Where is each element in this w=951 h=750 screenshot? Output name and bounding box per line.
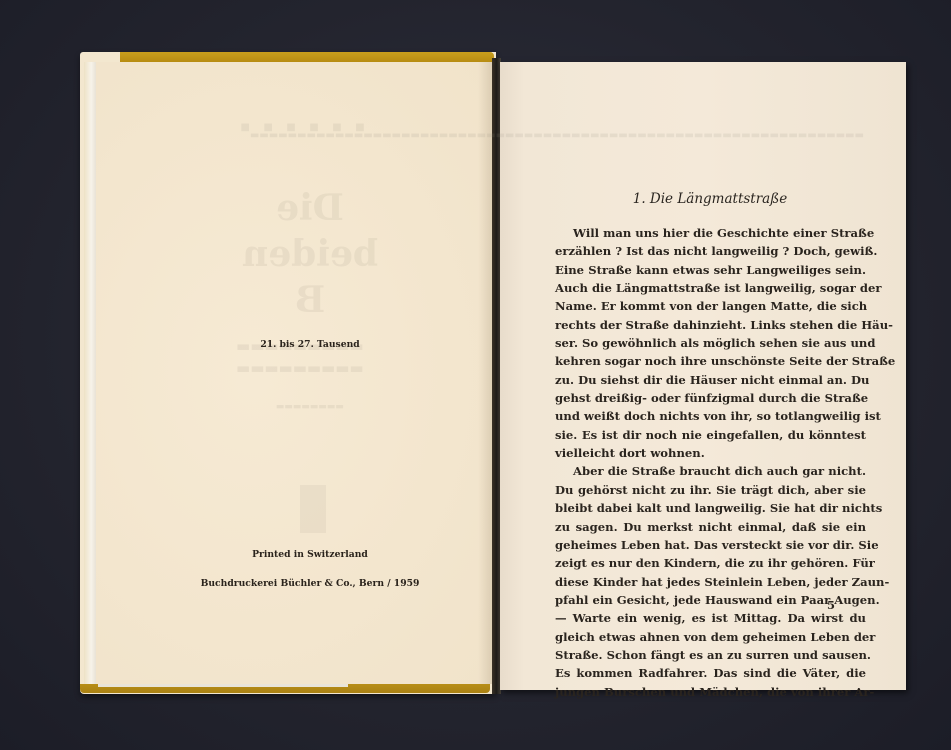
page-number: 5 xyxy=(815,598,835,612)
binding-edge-top xyxy=(120,52,494,62)
text-line: gehst dreißig- oder fünfzigmal durch die… xyxy=(555,389,866,407)
gutter-shadow xyxy=(478,62,492,684)
text-line: ser. So gewöhnlich als möglich sehen sie… xyxy=(555,334,866,352)
text-line: vielleicht dort wohnen. xyxy=(555,444,866,462)
text-line: sie. Es ist dir noch nie eingefallen, du… xyxy=(555,426,866,444)
printer-imprint: Buchdruckerei Büchler & Co., Bern / 1959 xyxy=(190,578,430,589)
text-line: erzählen ? Ist das nicht langweilig ? Do… xyxy=(555,242,866,260)
text-line: Aber die Straße braucht dich auch gar ni… xyxy=(555,462,866,480)
printed-in-note: Printed in Switzerland xyxy=(230,549,390,560)
text-line: Es kommen Radfahrer. Das sind die Väter,… xyxy=(555,664,866,682)
text-line: Straße. Schon fängt es an zu surren und … xyxy=(555,646,866,664)
text-line: Eine Straße kann etwas sehr Langweiliges… xyxy=(555,261,866,279)
text-line: Will man uns hier die Geschichte einer S… xyxy=(555,224,866,242)
text-line: rechts der Straße dahinzieht. Links steh… xyxy=(555,316,866,334)
text-line: kehren sogar noch ihre unschönste Seite … xyxy=(555,352,866,370)
text-line: bleibt dabei kalt und langweilig. Sie ha… xyxy=(555,499,866,517)
text-line: zu sagen. Du merkst nicht einmal, daß si… xyxy=(555,518,866,536)
bleed-through-text: ▬▬▬▬▬▬▬▬▬▬▬▬▬▬▬▬▬▬▬▬▬▬▬▬▬▬▬▬▬▬▬▬▬▬▬▬▬▬▬▬… xyxy=(552,129,864,142)
text-line: diese Kinder hat jedes Steinlein Leben, … xyxy=(555,573,866,591)
text-line: jungen Burschen und Mädchen, die von ihr… xyxy=(555,683,866,701)
chapter-title: 1. Die Längmattstraße xyxy=(560,191,860,207)
text-line: Name. Er kommt von der langen Matte, die… xyxy=(555,297,866,315)
page-edge-strip xyxy=(98,684,348,687)
text-line: und weißt doch nichts von ihr, so totlan… xyxy=(555,407,866,425)
text-line: geheimes Leben hat. Das versteckt sie vo… xyxy=(555,536,866,554)
text-line: zeigt es nur den Kindern, die zu ihr geh… xyxy=(555,554,866,572)
text-line: Du gehörst nicht zu ihr. Sie trägt dich,… xyxy=(555,481,866,499)
left-page xyxy=(96,62,490,684)
text-line: zu. Du siehst dir die Häuser nicht einma… xyxy=(555,371,866,389)
binding-edge-bottom xyxy=(80,684,490,693)
text-line: gleich etwas ahnen von dem geheimen Lebe… xyxy=(555,628,866,646)
text-line: Auch die Längmattstraße ist langweilig, … xyxy=(555,279,866,297)
endpaper-edge xyxy=(84,62,96,684)
chapter-body-text: Will man uns hier die Geschichte einer S… xyxy=(555,224,866,701)
edition-note: 21. bis 27. Tausend xyxy=(230,339,390,350)
